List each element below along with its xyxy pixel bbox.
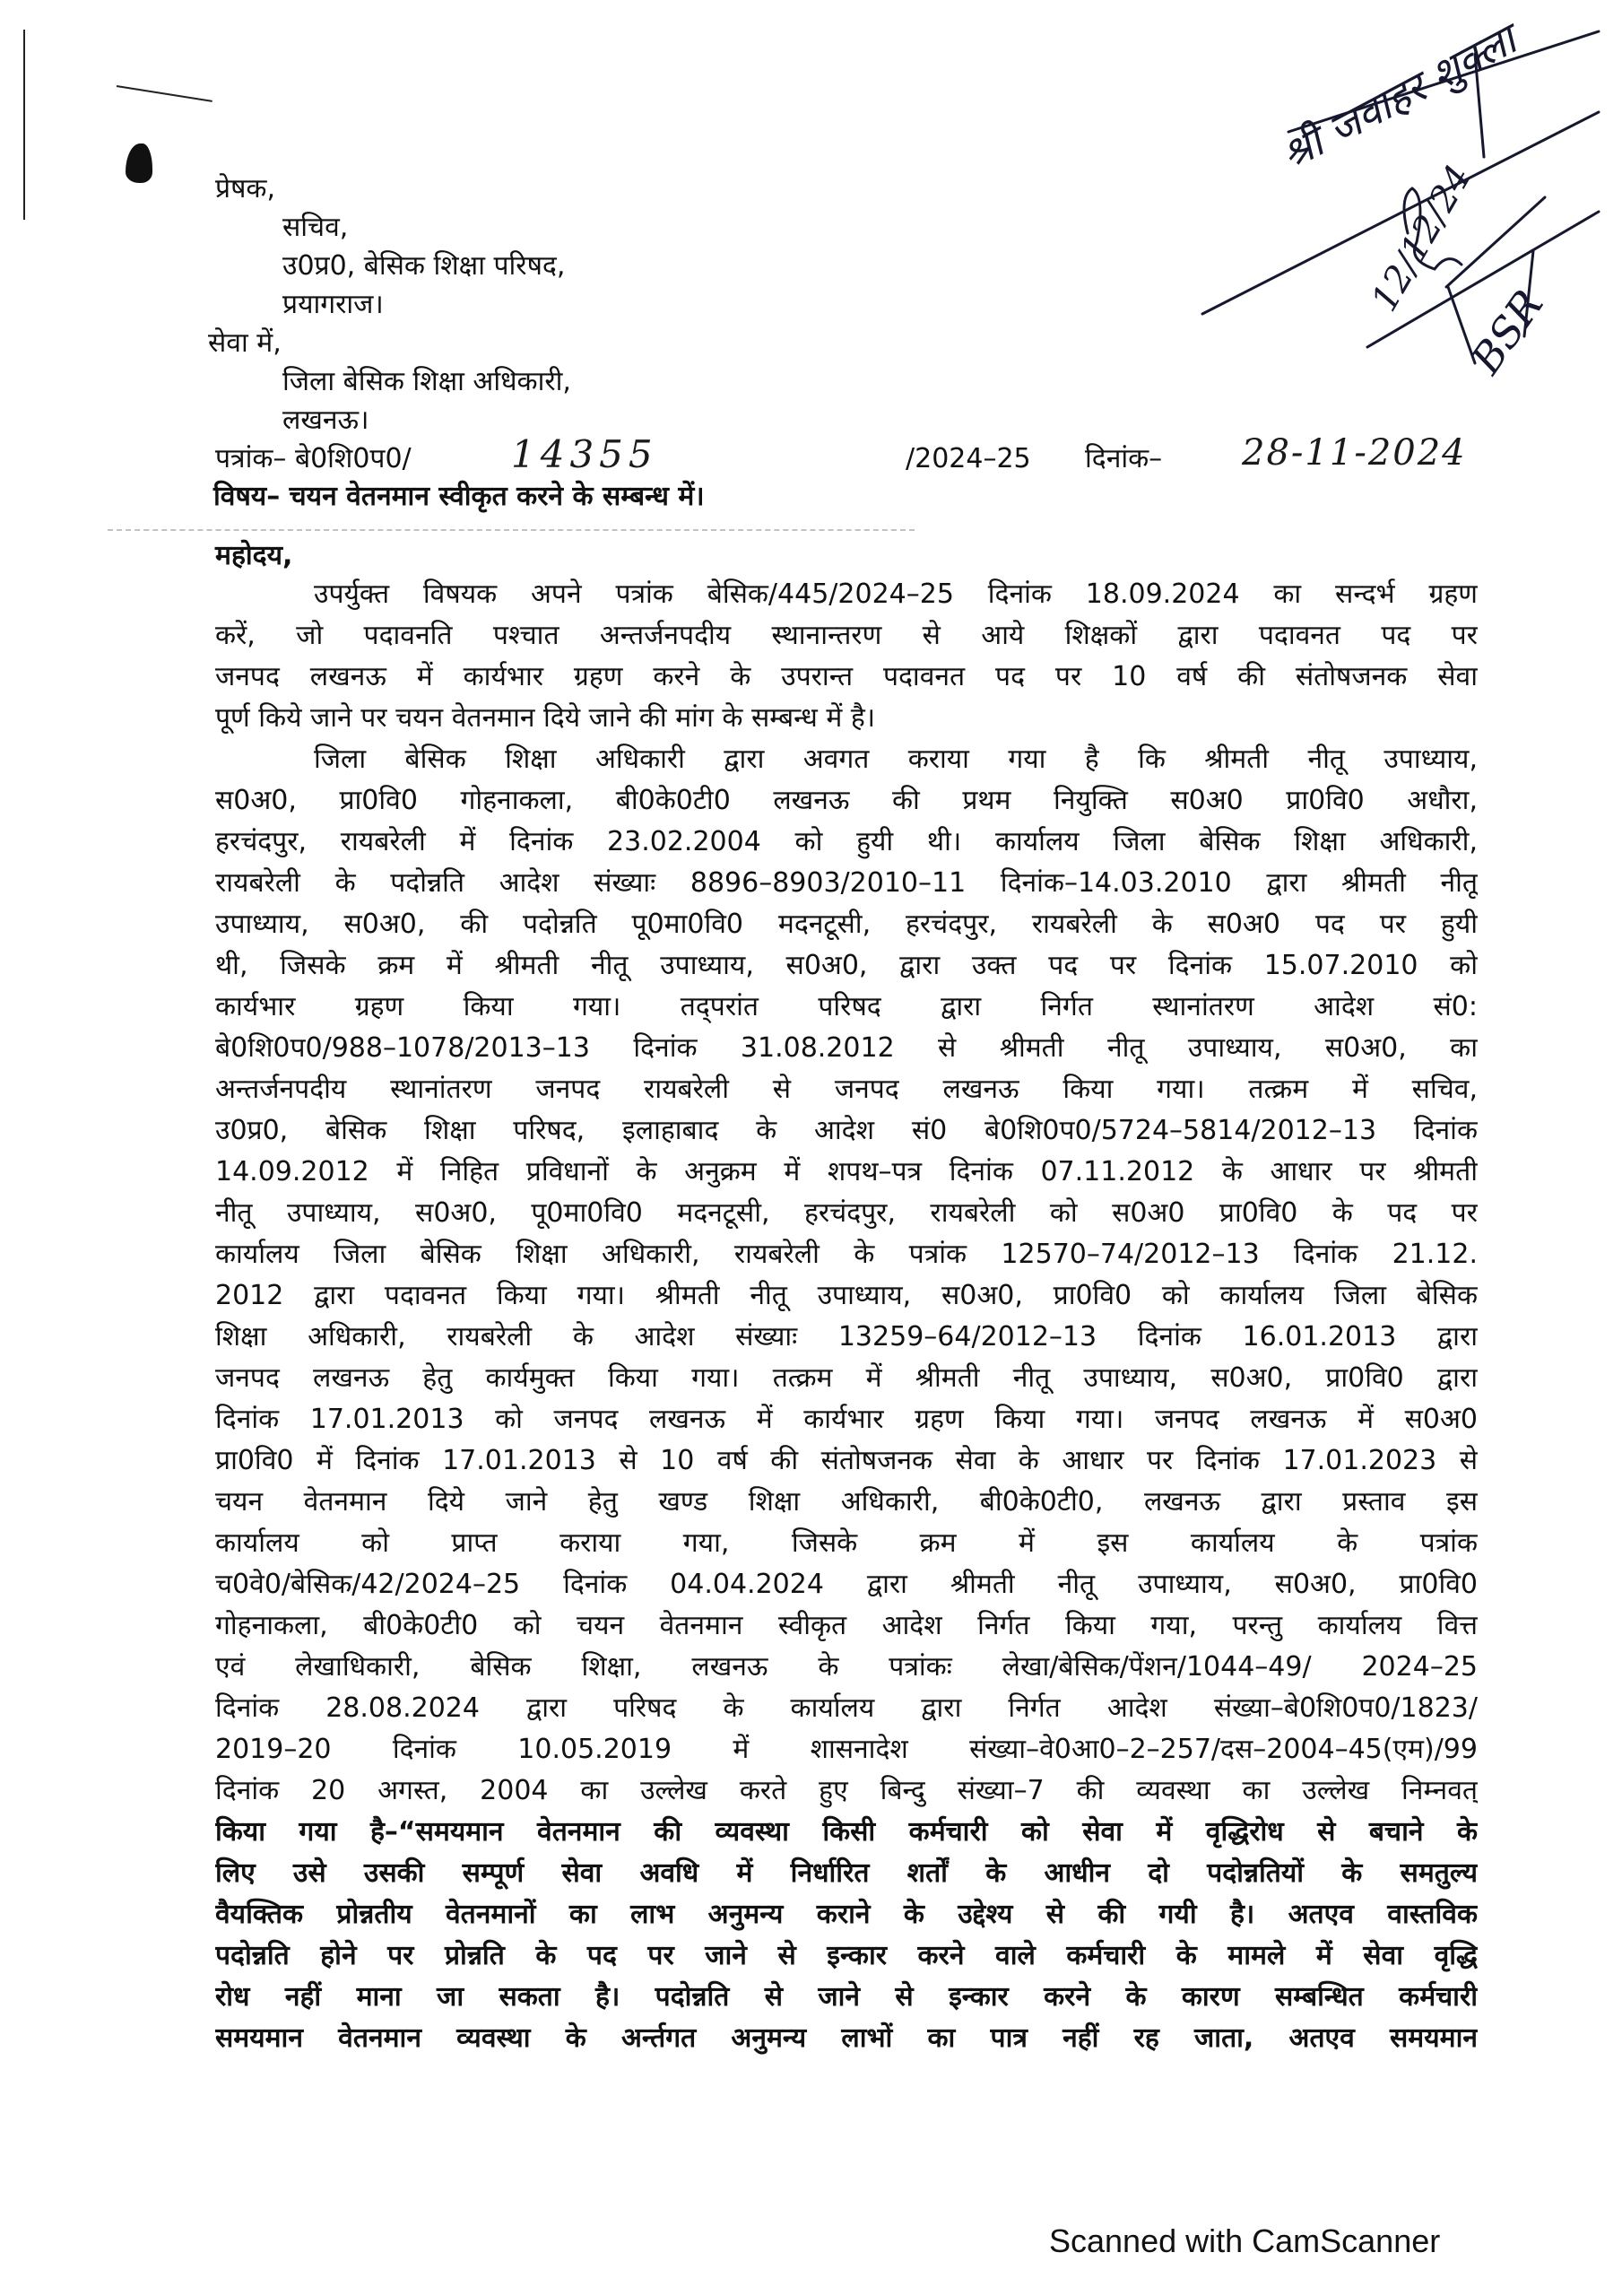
handwritten-annotation: श्री जवाहर शुक्ला 12/12/24 BSR bbox=[1166, 18, 1622, 395]
body-line: कार्यालय को प्राप्त कराया गया, जिसके क्र… bbox=[215, 1523, 1478, 1564]
body-line: उपर्युक्त विषयक अपने पत्रांक बेसिक/445/2… bbox=[215, 574, 1478, 615]
body-line: दिनांक 28.08.2024 द्वारा परिषद के कार्या… bbox=[215, 1688, 1478, 1729]
pen-mark bbox=[117, 85, 213, 102]
body-line: पूर्ण किये जाने पर चयन वेतनमान दिये जाने… bbox=[215, 698, 1478, 739]
body-line: समयमान वेतनमान व्यवस्था के अर्न्तगत अनुम… bbox=[215, 2018, 1478, 2059]
annotation-date: 12/12/24 bbox=[1364, 158, 1480, 318]
body-line: च0वे0/बेसिक/42/2024–25 दिनांक 04.04.2024… bbox=[215, 1564, 1478, 1605]
body-line: वैयक्तिक प्रोन्नतीय वेतनमानों का लाभ अनु… bbox=[215, 1894, 1478, 1935]
body-line: थी, जिसके क्रम में श्रीमती नीतू उपाध्याय… bbox=[215, 945, 1478, 987]
reference-date: 28-11-2024 bbox=[1242, 432, 1467, 474]
body-line: लिए उसे उसकी सम्पूर्ण सेवा अवधि में निर्… bbox=[215, 1853, 1478, 1894]
scanner-watermark: Scanned with CamScanner bbox=[1049, 2222, 1440, 2260]
body-line: दिनांक 17.01.2013 को जनपद लखनऊ में कार्य… bbox=[215, 1399, 1478, 1440]
sender-label: प्रेषक, bbox=[215, 173, 275, 205]
body-line: कार्यभार ग्रहण किया गया। तद्‌परांत परिषद… bbox=[215, 987, 1478, 1028]
body-line: बे0शि0प0/988–1078/2013–13 दिनांक 31.08.2… bbox=[215, 1028, 1478, 1069]
body-line: रोध नहीं माना जा सकता है। पदोन्नति से जा… bbox=[215, 1977, 1478, 2018]
body-line: कार्यालय जिला बेसिक शिक्षा अधिकारी, रायब… bbox=[215, 1234, 1478, 1275]
body-line: गोहनाकला, बी0के0टी0 को चयन वेतनमान स्वीक… bbox=[215, 1605, 1478, 1647]
body-line: रायबरेली के पदोन्नति आदेश संख्याः 8896–8… bbox=[215, 863, 1478, 904]
body-line: जनपद लखनऊ में कार्यभार ग्रहण करने के उपर… bbox=[215, 657, 1478, 698]
recipient-line-2: लखनऊ। bbox=[282, 404, 369, 437]
scan-artifact-line bbox=[108, 529, 915, 531]
body-line: नीतू उपाध्याय, स0अ0, पू0मा0वि0 मदनटूसी, … bbox=[215, 1193, 1478, 1234]
sender-line-3: प्रयागराज। bbox=[282, 289, 384, 321]
scanned-letter-page: श्री जवाहर शुक्ला 12/12/24 BSR प्रेषक, स… bbox=[0, 0, 1622, 2296]
body-line: पदोन्नति होने पर प्रोन्नति के पद पर जाने… bbox=[215, 1935, 1478, 1977]
body-line: चयन वेतनमान दिये जाने हेतु खण्ड शिक्षा अ… bbox=[215, 1482, 1478, 1523]
reference-label: पत्रांक– बे0शि0प0/ bbox=[215, 443, 412, 475]
sender-line-1: सचिव, bbox=[282, 212, 348, 244]
reference-year: /2024–25 bbox=[906, 443, 1031, 475]
recipient-line-1: जिला बेसिक शिक्षा अधिकारी, bbox=[282, 366, 571, 398]
body-line: जनपद लखनऊ हेतु कार्यमुक्त किया गया। तत्क… bbox=[215, 1358, 1478, 1399]
body-line: किया गया है–“समयमान वेतनमान की व्यवस्था … bbox=[215, 1812, 1478, 1853]
annotation-name: श्री जवाहर शुक्ला bbox=[1273, 18, 1531, 180]
body-line: प्रा0वि0 में दिनांक 17.01.2013 से 10 वर्… bbox=[215, 1440, 1478, 1482]
reference-number: 14355 bbox=[511, 432, 658, 476]
body-line: उपाध्याय, स0अ0, की पदोन्नति पू0मा0वि0 मद… bbox=[215, 904, 1478, 945]
recipient-label: सेवा में, bbox=[208, 327, 282, 360]
subject-line: विषय– चयन वेतनमान स्वीकृत करने के सम्बन्… bbox=[213, 481, 705, 513]
body-line: अन्तर्जनपदीय स्थानांतरण जनपद रायबरेली से… bbox=[215, 1069, 1478, 1110]
annotation-initials: BSR bbox=[1461, 281, 1552, 383]
body-line: हरचंदपुर, रायबरेली में दिनांक 23.02.2004… bbox=[215, 822, 1478, 863]
salutation: महोदय, bbox=[215, 540, 292, 572]
body-line: जिला बेसिक शिक्षा अधिकारी द्वारा अवगत कर… bbox=[215, 739, 1478, 780]
reference-date-label: दिनांक– bbox=[1085, 443, 1162, 475]
body-line: एवं लेखाधिकारी, बेसिक शिक्षा, लखनऊ के पत… bbox=[215, 1647, 1478, 1688]
body-line: स0अ0, प्रा0वि0 गोहनाकला, बी0के0टी0 लखनऊ … bbox=[215, 780, 1478, 822]
scan-edge-line bbox=[23, 30, 25, 220]
body-line: शिक्षा अधिकारी, रायबरेली के आदेश संख्याः… bbox=[215, 1317, 1478, 1358]
body-line: दिनांक 20 अगस्त, 2004 का उल्लेख करते हुए… bbox=[215, 1770, 1478, 1812]
ink-blot bbox=[126, 143, 152, 183]
body-line: उ0प्र0, बेसिक शिक्षा परिषद, इलाहाबाद के … bbox=[215, 1110, 1478, 1152]
body-line: करें, जो पदावनति पश्चात अन्तर्जनपदीय स्थ… bbox=[215, 615, 1478, 657]
sender-line-2: उ0प्र0, बेसिक शिक्षा परिषद, bbox=[282, 250, 565, 283]
letter-body: उपर्युक्त विषयक अपने पत्रांक बेसिक/445/2… bbox=[215, 574, 1478, 2059]
body-line: 2012 द्वारा पदावनत किया गया। श्रीमती नीत… bbox=[215, 1275, 1478, 1317]
body-line: 14.09.2012 में निहित प्रविधानों के अनुक्… bbox=[215, 1152, 1478, 1193]
body-line: 2019–20 दिनांक 10.05.2019 में शासनादेश स… bbox=[215, 1729, 1478, 1770]
